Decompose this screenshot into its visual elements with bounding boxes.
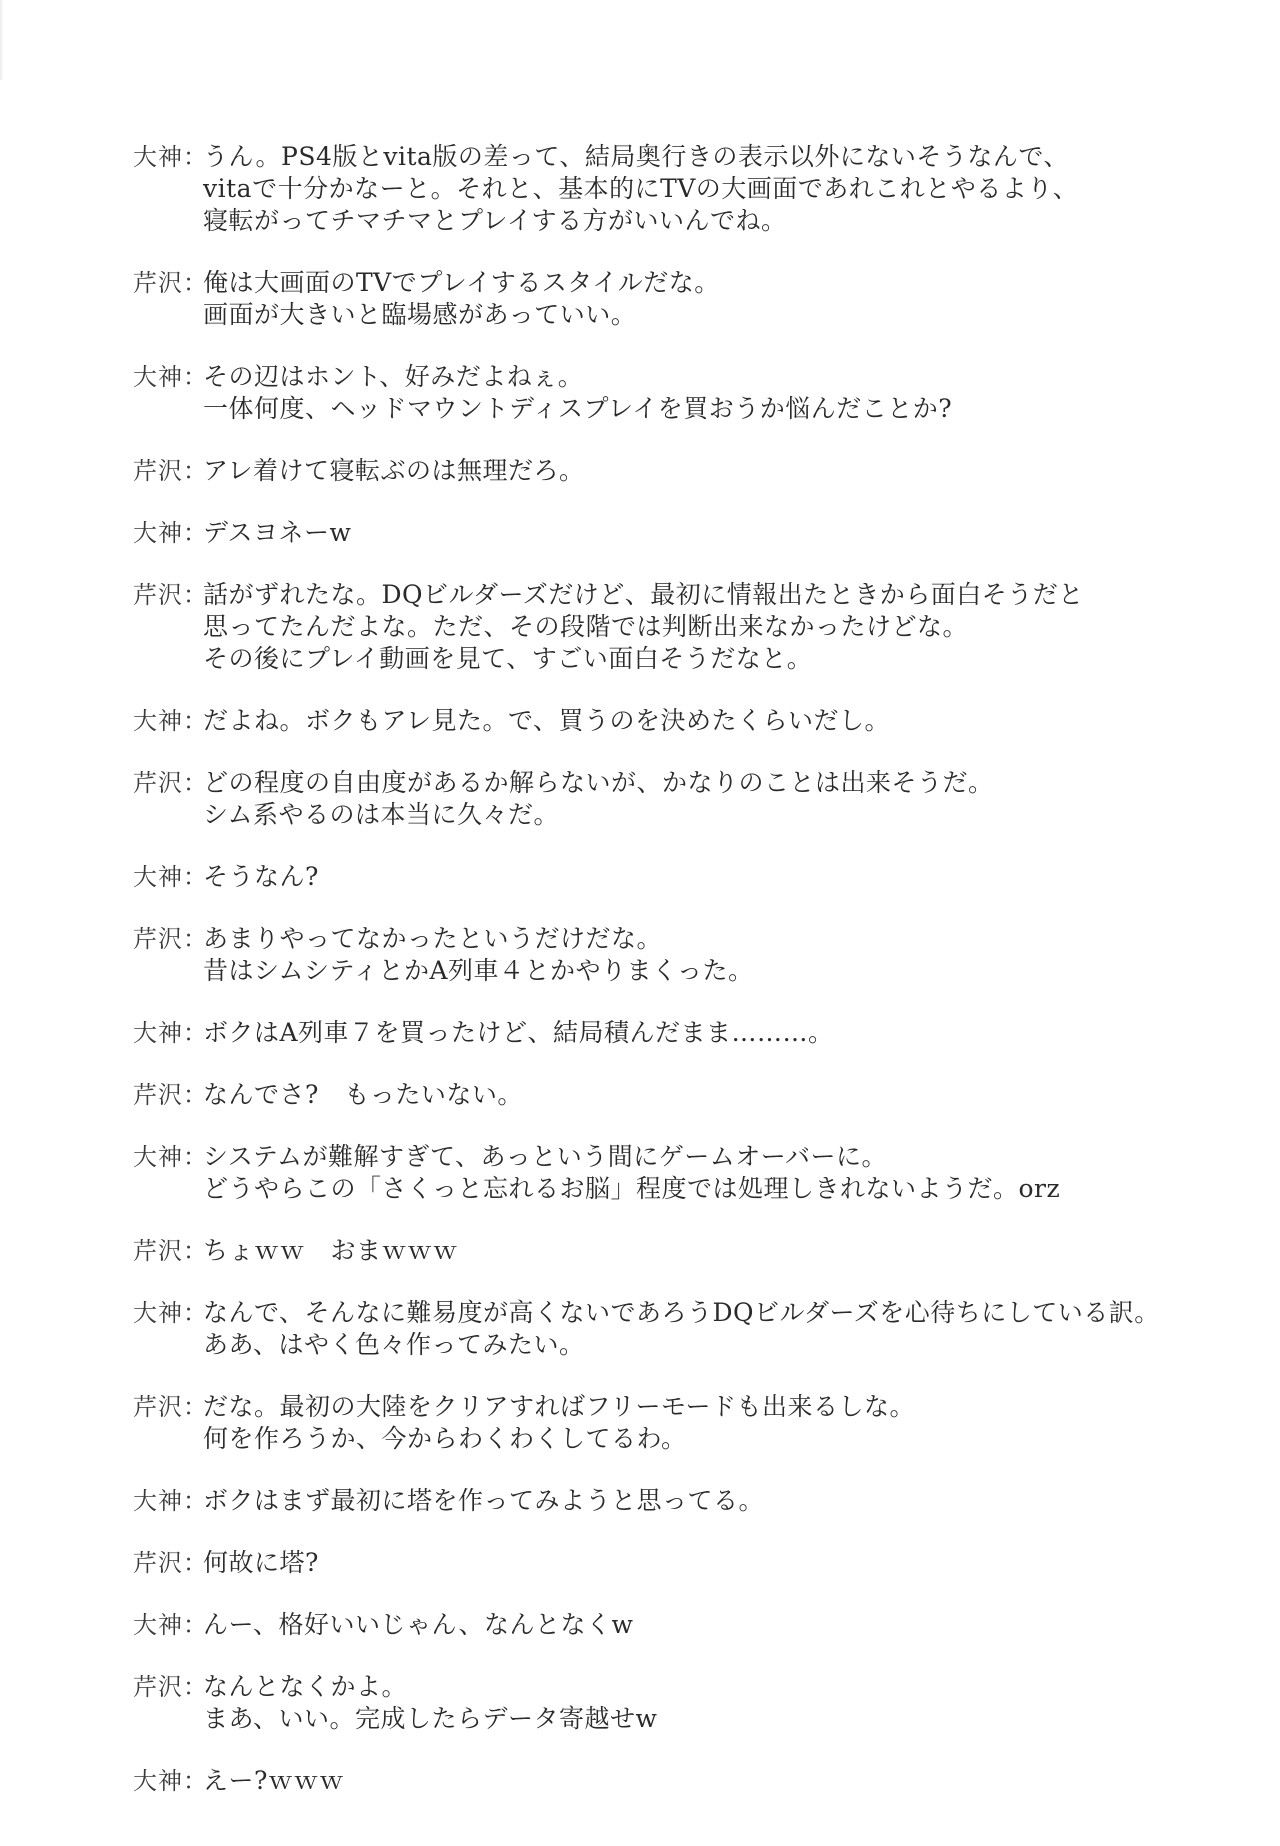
- dialogue-line: どうやらこの「さくっと忘れるお脳」程度では処理しきれないようだ。orz: [203, 1173, 1253, 1205]
- speaker-label: 芹沢：: [133, 923, 203, 955]
- dialogue-entry: 芹沢： 俺は大画面のTVでプレイするスタイルだな。 画面が大きいと臨場感があって…: [133, 267, 1253, 331]
- dialogue-line: システムが難解すぎて、あっという間にゲームオーバーに。: [203, 1141, 1253, 1173]
- dialogue-line: えー?ｗｗｗ: [203, 1765, 1253, 1797]
- dialogue-line: うん。PS4版とvita版の差って、結局奥行きの表示以外にないそうなんで、: [203, 141, 1253, 173]
- speaker-label: 大神：: [133, 361, 203, 393]
- dialogue-entry: 大神： その辺はホント、好みだよねぇ。 一体何度、ヘッドマウントディスプレイを買…: [133, 361, 1253, 425]
- dialogue-line: ボクはまず最初に塔を作ってみようと思ってる。: [203, 1485, 1253, 1517]
- dialogue-line: だよね。ボクもアレ見た。で、買うのを決めたくらいだし。: [203, 705, 1253, 737]
- dialogue-entry: 芹沢： どの程度の自由度があるか解らないが、かなりのことは出来そうだ。 シム系や…: [133, 767, 1253, 831]
- speaker-label: 大神：: [133, 1141, 203, 1173]
- dialogue-line: 思ってたんだよな。ただ、その段階では判断出来なかったけどな。: [203, 611, 1253, 643]
- dialogue-entry: 芹沢： アレ着けて寝転ぶのは無理だろ。: [133, 455, 1253, 487]
- dialogue-line: アレ着けて寝転ぶのは無理だろ。: [203, 455, 1253, 487]
- dialogue-line: 話がずれたな。DQビルダーズだけど、最初に情報出たときから面白そうだと: [203, 579, 1253, 611]
- dialogue-line: vitaで十分かなーと。それと、基本的にTVの大画面であれこれとやるより、: [203, 173, 1253, 205]
- dialogue-line: んー、格好いいじゃん、なんとなくw: [203, 1609, 1253, 1641]
- speaker-label: 芹沢：: [133, 579, 203, 611]
- dialogue-entry: 大神： ボクはまず最初に塔を作ってみようと思ってる。: [133, 1485, 1253, 1517]
- dialogue-entry: 芹沢： あまりやってなかったというだけだな。 昔はシムシティとかA列車４とかやり…: [133, 923, 1253, 987]
- dialogue-entry: 大神： うん。PS4版とvita版の差って、結局奥行きの表示以外にないそうなんで…: [133, 141, 1253, 237]
- dialogue-line: 俺は大画面のTVでプレイするスタイルだな。: [203, 267, 1253, 299]
- dialogue-line: まあ、いい。完成したらデータ寄越せw: [203, 1703, 1253, 1735]
- dialogue-line: ああ、はやく色々作ってみたい。: [203, 1329, 1253, 1361]
- speaker-label: 芹沢：: [133, 1079, 203, 1111]
- dialogue-entry: 大神： だよね。ボクもアレ見た。で、買うのを決めたくらいだし。: [133, 705, 1253, 737]
- dialogue-line: 画面が大きいと臨場感があっていい。: [203, 299, 1253, 331]
- dialogue-line: だな。最初の大陸をクリアすればフリーモードも出来るしな。: [203, 1391, 1253, 1423]
- dialogue-entry: 大神： そうなん?: [133, 861, 1253, 893]
- speaker-label: 大神：: [133, 1017, 203, 1049]
- dialogue-entry: 芹沢： なんでさ? もったいない。: [133, 1079, 1253, 1111]
- dialogue-entry: 芹沢： なんとなくかよ。 まあ、いい。完成したらデータ寄越せw: [133, 1671, 1253, 1735]
- speaker-label: 大神：: [133, 1609, 203, 1641]
- dialogue-line: なんとなくかよ。: [203, 1671, 1253, 1703]
- dialogue-line: 何故に塔?: [203, 1547, 1253, 1579]
- dialogue-entry: 大神： なんで、そんなに難易度が高くないであろうDQビルダーズを心待ちにしている…: [133, 1297, 1253, 1361]
- scan-page-edge: [0, 0, 4, 80]
- speaker-label: 芹沢：: [133, 767, 203, 799]
- speaker-label: 芹沢：: [133, 1671, 203, 1703]
- dialogue-line: 一体何度、ヘッドマウントディスプレイを買おうか悩んだことか?: [203, 393, 1253, 425]
- speaker-label: 大神：: [133, 1485, 203, 1517]
- dialogue-entry: 大神： んー、格好いいじゃん、なんとなくw: [133, 1609, 1253, 1641]
- speaker-label: 大神：: [133, 861, 203, 893]
- speaker-label: 大神：: [133, 1297, 203, 1329]
- dialogue-line: どの程度の自由度があるか解らないが、かなりのことは出来そうだ。: [203, 767, 1253, 799]
- dialogue-entry: 芹沢： 何故に塔?: [133, 1547, 1253, 1579]
- dialogue-line: あまりやってなかったというだけだな。: [203, 923, 1253, 955]
- dialogue-entry: 大神： えー?ｗｗｗ: [133, 1765, 1253, 1797]
- dialogue-line: 昔はシムシティとかA列車４とかやりまくった。: [203, 955, 1253, 987]
- dialogue-entry: 大神： システムが難解すぎて、あっという間にゲームオーバーに。 どうやらこの「さ…: [133, 1141, 1253, 1205]
- speaker-label: 芹沢：: [133, 455, 203, 487]
- speaker-label: 芹沢：: [133, 1235, 203, 1267]
- speaker-label: 芹沢：: [133, 1547, 203, 1579]
- dialogue-line: なんでさ? もったいない。: [203, 1079, 1253, 1111]
- dialogue-line: 寝転がってチマチマとプレイする方がいいんでね。: [203, 205, 1253, 237]
- speaker-label: 芹沢：: [133, 1391, 203, 1423]
- dialogue-line: シム系やるのは本当に久々だ。: [203, 799, 1253, 831]
- dialogue-entry: 大神： ボクはA列車７を買ったけど、結局積んだまま………。: [133, 1017, 1253, 1049]
- dialogue-entry: 芹沢： 話がずれたな。DQビルダーズだけど、最初に情報出たときから面白そうだと …: [133, 579, 1253, 675]
- dialogue-line: その後にプレイ動画を見て、すごい面白そうだなと。: [203, 643, 1253, 675]
- speaker-label: 大神：: [133, 1765, 203, 1797]
- dialogue-entry: 芹沢： だな。最初の大陸をクリアすればフリーモードも出来るしな。 何を作ろうか、…: [133, 1391, 1253, 1455]
- dialogue-entry: 芹沢： ちょｗｗ おまｗｗｗ: [133, 1235, 1253, 1267]
- dialogue-transcript: 大神： うん。PS4版とvita版の差って、結局奥行きの表示以外にないそうなんで…: [133, 141, 1253, 1827]
- speaker-label: 大神：: [133, 517, 203, 549]
- dialogue-entry: 大神： デスヨネーw: [133, 517, 1253, 549]
- dialogue-line: その辺はホント、好みだよねぇ。: [203, 361, 1253, 393]
- dialogue-line: なんで、そんなに難易度が高くないであろうDQビルダーズを心待ちにしている訳。: [203, 1297, 1253, 1329]
- dialogue-line: デスヨネーw: [203, 517, 1253, 549]
- speaker-label: 大神：: [133, 141, 203, 173]
- speaker-label: 大神：: [133, 705, 203, 737]
- dialogue-line: ボクはA列車７を買ったけど、結局積んだまま………。: [203, 1017, 1253, 1049]
- speaker-label: 芹沢：: [133, 267, 203, 299]
- dialogue-line: ちょｗｗ おまｗｗｗ: [203, 1235, 1253, 1267]
- dialogue-line: そうなん?: [203, 861, 1253, 893]
- dialogue-line: 何を作ろうか、今からわくわくしてるわ。: [203, 1423, 1253, 1455]
